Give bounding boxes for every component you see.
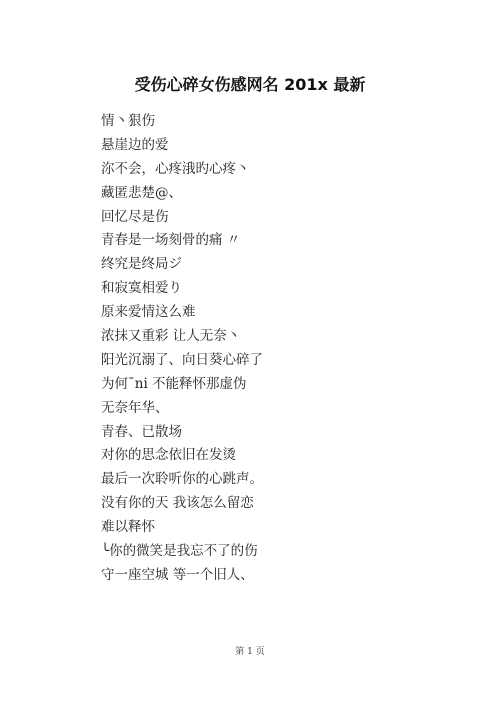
list-item: 青春是一场刻骨的痛 〃 [101, 229, 263, 253]
list-item: 为何ˉni 不能释怀那虚伪 [101, 373, 263, 397]
list-item: 悬崖边的爱 [101, 134, 263, 158]
list-item: 守一座空城 等一个旧人、 [101, 564, 263, 588]
list-item: 沵不会，心疼涐旳心疼丶 [101, 158, 263, 182]
list-item: 最后一次聆听你的心跳声。 [101, 468, 263, 492]
page-number: 第 1 页 [0, 645, 500, 659]
list-item: 藏匿悲楚@、 [101, 182, 263, 206]
list-item: 回忆尽是伤 [101, 206, 263, 230]
list-item: 浓抹又重彩 让人无奈丶 [101, 325, 263, 349]
document-title: 受伤心碎女伤感网名 201x 最新 [0, 74, 500, 96]
list-item: 难以释怀 [101, 516, 263, 540]
list-item: 情丶狠伤 [101, 110, 263, 134]
list-item: 青春、已散场 [101, 421, 263, 445]
list-item: 原来爱情这么难 [101, 301, 263, 325]
list-item: 终究是终局ジ [101, 253, 263, 277]
list-item: 和寂寞相爱り [101, 277, 263, 301]
document-page: 受伤心碎女伤感网名 201x 最新 情丶狠伤 悬崖边的爱 沵不会，心疼涐旳心疼丶… [0, 0, 500, 708]
nickname-list: 情丶狠伤 悬崖边的爱 沵不会，心疼涐旳心疼丶 藏匿悲楚@、 回忆尽是伤 青春是一… [101, 110, 263, 588]
list-item: 对你的思念依旧在发烫 [101, 444, 263, 468]
list-item: ╰你的微笑是我忘不了的伤 [101, 540, 263, 564]
list-item: 阳光沉溺了、向日葵心碎了 [101, 349, 263, 373]
list-item: 无奈年华、 [101, 397, 263, 421]
list-item: 没有你的天 我该怎么留恋 [101, 492, 263, 516]
